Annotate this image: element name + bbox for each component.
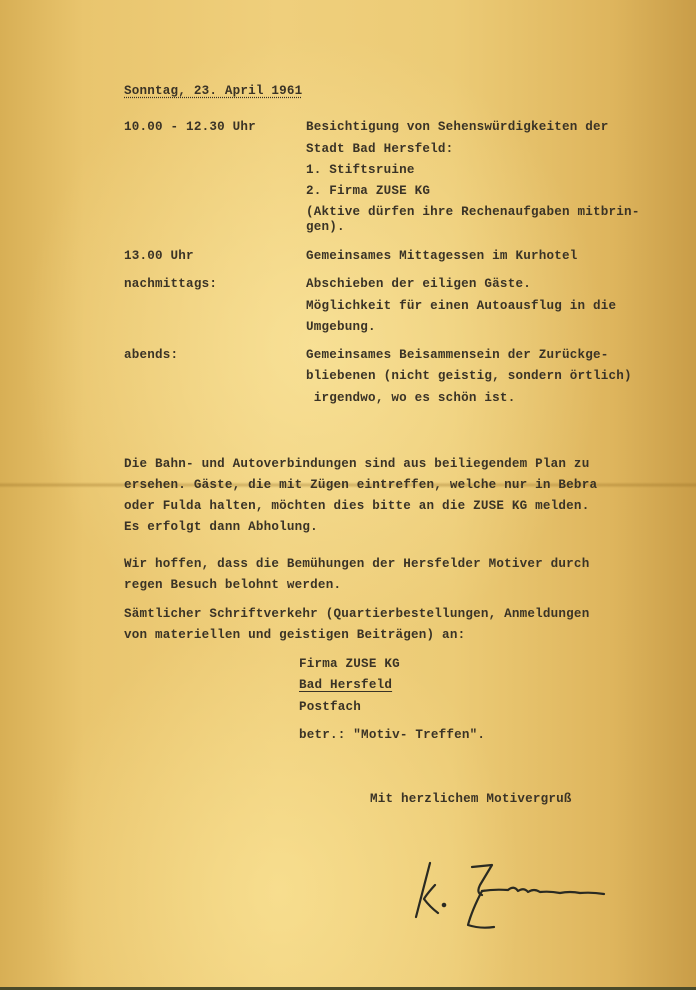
address-po-box: Postfach [299, 700, 361, 714]
schedule-text: Möglichkeit für einen Autoausflug in die [306, 299, 616, 313]
paragraph-line: Die Bahn- und Autoverbindungen sind aus … [124, 457, 589, 471]
paragraph-line: Sämtlicher Schriftverkehr (Quartierbeste… [124, 607, 589, 621]
schedule-text: 2. Firma ZUSE KG [306, 184, 430, 198]
closing: Mit herzlichem Motivergruß [370, 792, 572, 806]
schedule-text: Stadt Bad Hersfeld: [306, 142, 453, 156]
schedule-text: gen). [306, 220, 345, 234]
paragraph-line: oder Fulda halten, möchten dies bitte an… [124, 499, 589, 513]
schedule-text: (Aktive dürfen ihre Rechenaufgaben mitbr… [306, 205, 640, 219]
schedule-time: nachmittags: [124, 277, 217, 291]
paragraph-line: Wir hoffen, dass die Bemühungen der Hers… [124, 557, 589, 571]
paragraph-line: ersehen. Gäste, die mit Zügen eintreffen… [124, 478, 597, 492]
paragraph-line: von materiellen und geistigen Beiträgen)… [124, 628, 465, 642]
schedule-text: Gemeinsames Mittagessen im Kurhotel [306, 249, 578, 263]
paragraph-line: Es erfolgt dann Abholung. [124, 520, 318, 534]
date-heading: Sonntag, 23. April 1961 [124, 84, 302, 98]
schedule-time: 13.00 Uhr [124, 249, 194, 263]
address-city: Bad Hersfeld [299, 678, 392, 692]
signature [410, 855, 620, 940]
schedule-text: Abschieben der eiligen Gäste. [306, 277, 531, 291]
schedule-text: bliebenen (nicht geistig, sondern örtlic… [306, 369, 632, 383]
paragraph-line: regen Besuch belohnt werden. [124, 578, 341, 592]
schedule-text: Besichtigung von Sehenswürdigkeiten der [306, 120, 609, 134]
schedule-time: 10.00 - 12.30 Uhr [124, 120, 256, 134]
schedule-text: Gemeinsames Beisammensein der Zurückge- [306, 348, 609, 362]
letter-page: Sonntag, 23. April 1961 10.00 - 12.30 Uh… [0, 0, 696, 990]
schedule-text: Umgebung. [306, 320, 376, 334]
address-subject: betr.: "Motiv- Treffen". [299, 728, 485, 742]
schedule-text: irgendwo, wo es schön ist. [306, 391, 515, 405]
schedule-text: 1. Stiftsruine [306, 163, 415, 177]
address-company: Firma ZUSE KG [299, 657, 400, 671]
schedule-time: abends: [124, 348, 178, 362]
